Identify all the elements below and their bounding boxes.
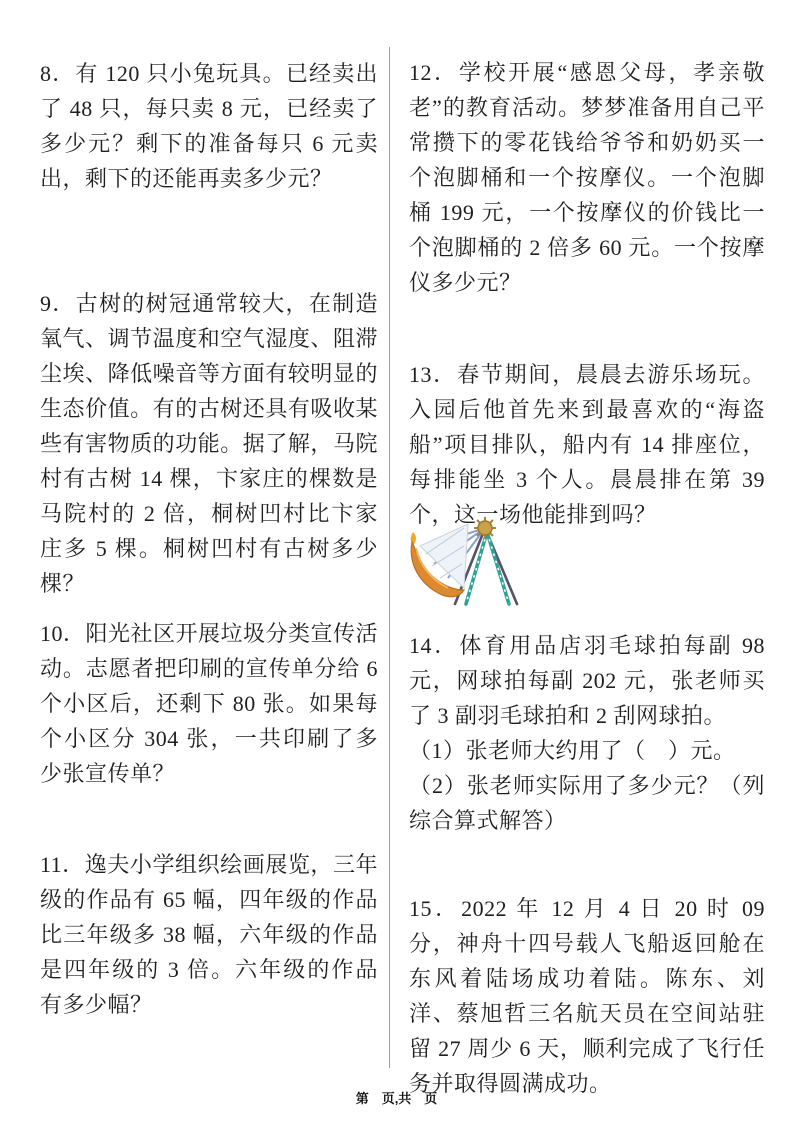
page-footer: 第 页,共 页 [0,1088,793,1107]
worksheet-page: 8．有 120 只小兔玩具。已经卖出了 48 只，每只卖 8 元，已经卖了多少元… [0,0,793,1122]
pirate-ship-ride-illustration [406,508,526,606]
problem-14-text: 14．体育用品店羽毛球拍每副 98 元，网球拍每副 202 元，张老师买了 3 … [409,628,765,733]
column-divider [389,47,390,1068]
problem-10: 10．阳光社区开展垃圾分类宣传活动。志愿者把印刷的宣传单分给 6 个小区后，还剩… [40,616,378,791]
problem-11: 11．逸夫小学组织绘画展览，三年级的作品有 65 幅，四年级的作品比三年级多 3… [40,847,378,1022]
problem-14: 14．体育用品店羽毛球拍每副 98 元，网球拍每副 202 元，张老师买了 3 … [409,628,765,838]
problem-13: 13．春节期间，晨晨去游乐场玩。入园后他首先来到最喜欢的“海盗船”项目排队，船内… [409,357,765,532]
problem-9: 9．古树的树冠通常较大，在制造氧气、调节温度和空气湿度、阻滞尘埃、降低噪音等方面… [40,286,378,601]
problem-15: 15．2022 年 12 月 4 日 20 时 09 分，神舟十四号载人飞船返回… [409,891,765,1101]
problem-12: 12．学校开展“感恩父母，孝亲敬老”的教育活动。梦梦准备用自己平常攒下的零花钱给… [409,55,765,300]
problem-8: 8．有 120 只小兔玩具。已经卖出了 48 只，每只卖 8 元，已经卖了多少元… [40,56,378,196]
problem-14-item-2: （2）张老师实际用了多少元？（列综合算式解答） [409,768,765,838]
problem-14-item-1: （1）张老师大约用了（ ）元。 [409,733,765,768]
